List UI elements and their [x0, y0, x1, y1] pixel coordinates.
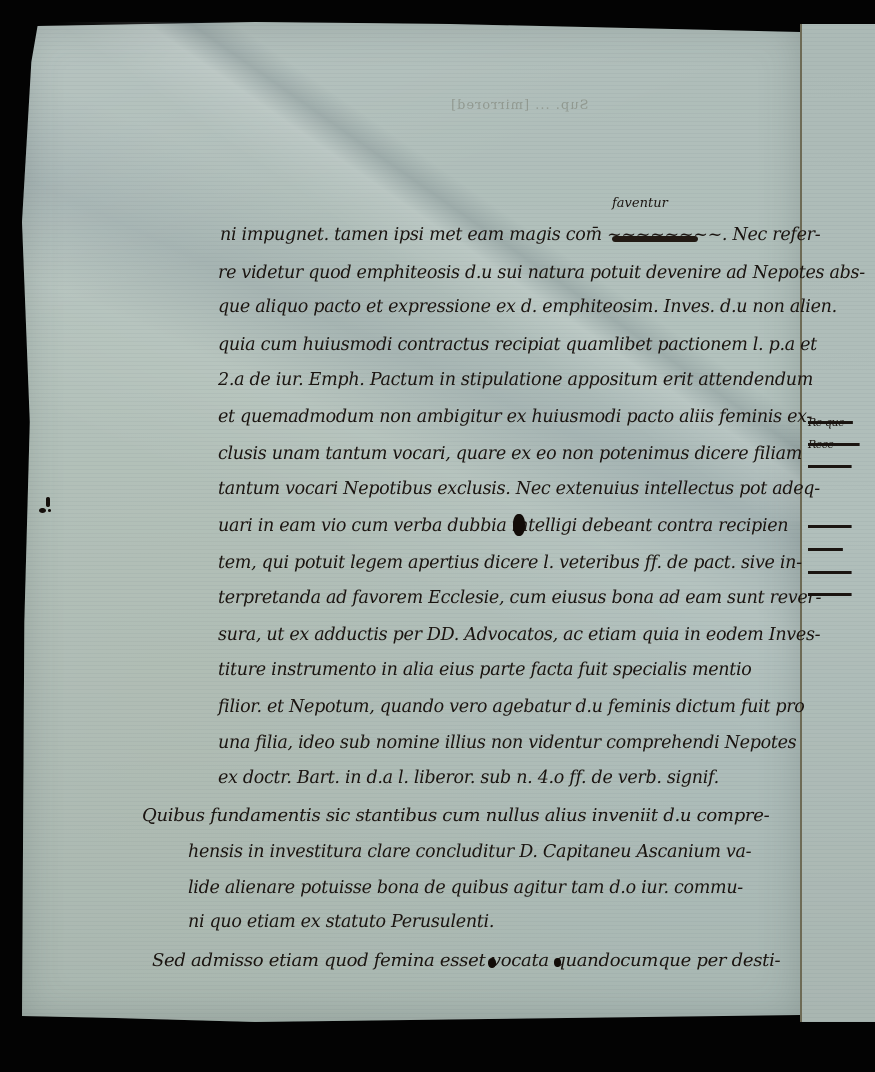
margin-note-5: ~~~~ — [808, 543, 843, 556]
text-line-11: terpretanda ad favorem Ecclesie, cum eiu… — [218, 588, 821, 608]
margin-note-6: ~~~~~ — [808, 566, 852, 579]
text-line-14: filior. et Nepotum, quando vero agebatur… — [218, 697, 805, 717]
text-line-9: uari in eam vio cum verba dubbia intelli… — [218, 516, 788, 536]
ink-blot — [554, 958, 561, 967]
text-line-12: sura, ut ex adductis per DD. Advocatos, … — [218, 625, 820, 645]
margin-note-2: Rece~~~ — [808, 438, 860, 451]
text-line-2: re videtur quod emphiteosis d.u sui natu… — [218, 263, 865, 283]
text-line-6: et quemadmodum non ambigitur ex huiusmod… — [218, 407, 812, 427]
margin-note-3: ~~~~~ — [808, 460, 852, 473]
text-line-4: quia cum huiusmodi contractus recipiat q… — [218, 335, 817, 355]
ink-blot — [513, 514, 525, 536]
text-line-5: 2.a de iur. Emph. Pactum in stipulatione… — [218, 370, 813, 390]
ink-blot — [488, 958, 496, 968]
text-line-19: lide alienare potuisse bona de quibus ag… — [188, 878, 743, 898]
text-line-16: ex doctr. Bart. in d.a l. liberor. sub n… — [218, 768, 719, 788]
text-line-7: clusis unam tantum vocari, quare ex eo n… — [218, 444, 802, 464]
interlinear-insertion: faventur — [612, 196, 668, 211]
text-line-18: hensis in investitura clare concluditur … — [188, 842, 751, 862]
manuscript-text: faventur ni impugnet. tamen ipsi met eam… — [0, 0, 875, 1072]
text-line-15: una filia, ideo sub nomine illius non vi… — [218, 733, 796, 753]
text-line-10: tem, qui potuit legem apertius dicere l.… — [218, 553, 802, 573]
margin-note-7: ~~~~~ — [808, 588, 852, 601]
text-line-8: tantum vocari Nepotibus exclusis. Nec ex… — [218, 479, 820, 499]
text-line-21: Sed admisso etiam quod femina esset voca… — [152, 950, 780, 971]
margin-note-4: ~~~~~ — [808, 520, 852, 533]
text-line-17: Quibus fundamentis sic stantibus cum nul… — [142, 805, 769, 826]
text-line-3: que aliquo pacto et expressione ex d. em… — [218, 297, 837, 317]
text-line-1: ni impugnet. tamen ipsi met eam magis co… — [220, 225, 820, 245]
text-line-13: titure instrumento in alia eius parte fa… — [218, 660, 752, 680]
text-line-20: ni quo etiam ex statuto Perusulenti. — [188, 912, 494, 932]
margin-note-1: Re-que~ — [808, 416, 853, 429]
